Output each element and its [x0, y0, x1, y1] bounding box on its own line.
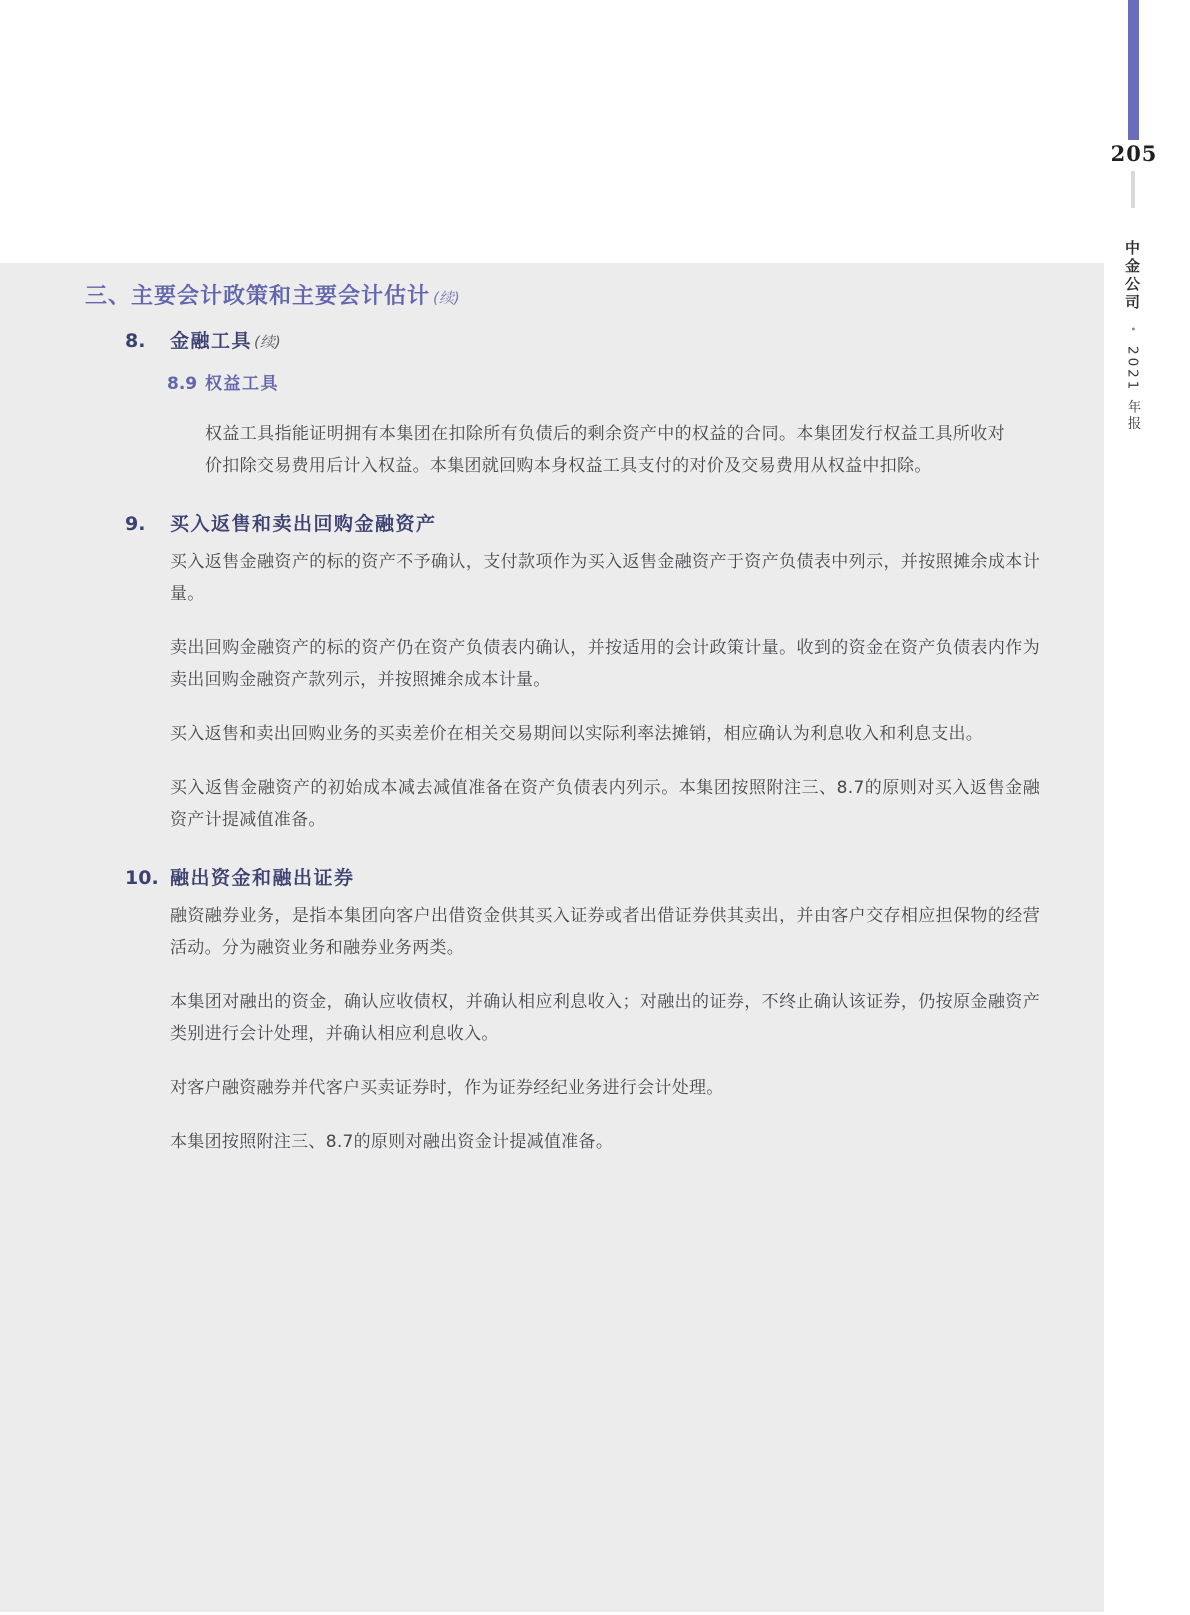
section-9-paragraph-4: 买入返售金融资产的初始成本减去减值准备在资产负债表内列示。本集团按照附注三、8.…: [170, 772, 1040, 836]
section-9-number: 9.: [125, 511, 170, 537]
annual-report-page: 205 中金公司 • 2021 年报 三、主要会计政策和主要会计估计(续) 8.…: [0, 0, 1190, 1615]
section-10-paragraph-1: 融资融券业务，是指本集团向客户出借资金供其买入证券或者出借证券供其卖出，并由客户…: [170, 900, 1040, 964]
report-year-vertical: 2021 年报: [1123, 346, 1143, 433]
bullet-separator: •: [1127, 326, 1138, 332]
company-name-vertical: 中金公司: [1122, 240, 1143, 312]
section-10-paragraph-3: 对客户融资融券并代客户买卖证券时，作为证券经纪业务进行会计处理。: [170, 1072, 1040, 1104]
section-9-paragraph-2: 卖出回购金融资产的标的资产仍在资产负债表内确认，并按适用的会计政策计量。收到的资…: [170, 632, 1040, 696]
section-10-number: 10.: [125, 865, 170, 891]
content-panel: 三、主要会计政策和主要会计估计(续) 8. 金融工具 (续) 8.9 权益工具 …: [0, 263, 1104, 1612]
section-8-title: 金融工具: [170, 328, 252, 354]
section-9-paragraph-3: 买入返售和卖出回购业务的买卖差价在相关交易期间以实际利率法摊销，相应确认为利息收…: [170, 718, 1040, 750]
section-10-paragraph-2: 本集团对融出的资金，确认应收债权，并确认相应利息收入；对融出的证券，不终止确认该…: [170, 986, 1040, 1050]
section-8-heading: 8. 金融工具 (续): [125, 328, 1104, 355]
chapter-heading-text: 三、主要会计政策和主要会计估计: [85, 284, 430, 309]
subsection-8-9-paragraph: 权益工具指能证明拥有本集团在扣除所有负债后的剩余资产中的权益的合同。本集团发行权…: [205, 418, 1005, 482]
section-8-number: 8.: [125, 328, 170, 354]
chapter-heading: 三、主要会计政策和主要会计估计(续): [85, 283, 1104, 312]
section-10-paragraph-4: 本集团按照附注三、8.7的原则对融出资金计提减值准备。: [170, 1126, 1040, 1158]
side-caption: 中金公司 • 2021 年报: [1122, 240, 1143, 433]
section-9-paragraph-1: 买入返售金融资产的标的资产不予确认，支付款项作为买入返售金融资产于资产负债表中列…: [170, 546, 1040, 610]
page-number: 205: [1106, 141, 1162, 166]
subsection-8-9-number: 8.9: [167, 372, 205, 396]
section-9-title: 买入返售和卖出回购金融资产: [170, 511, 437, 537]
section-9-heading: 9. 买入返售和卖出回购金融资产: [125, 511, 1104, 537]
chapter-heading-continued: (续): [433, 289, 460, 307]
section-10-heading: 10. 融出资金和融出证券: [125, 865, 1104, 891]
subsection-8-9-heading: 8.9 权益工具: [167, 372, 1104, 396]
page-number-divider: [1131, 171, 1135, 208]
section-10-title: 融出资金和融出证券: [170, 865, 355, 891]
section-8-continued: (续): [254, 329, 281, 355]
accent-bar: [1128, 0, 1139, 140]
subsection-8-9-title: 权益工具: [205, 372, 279, 396]
